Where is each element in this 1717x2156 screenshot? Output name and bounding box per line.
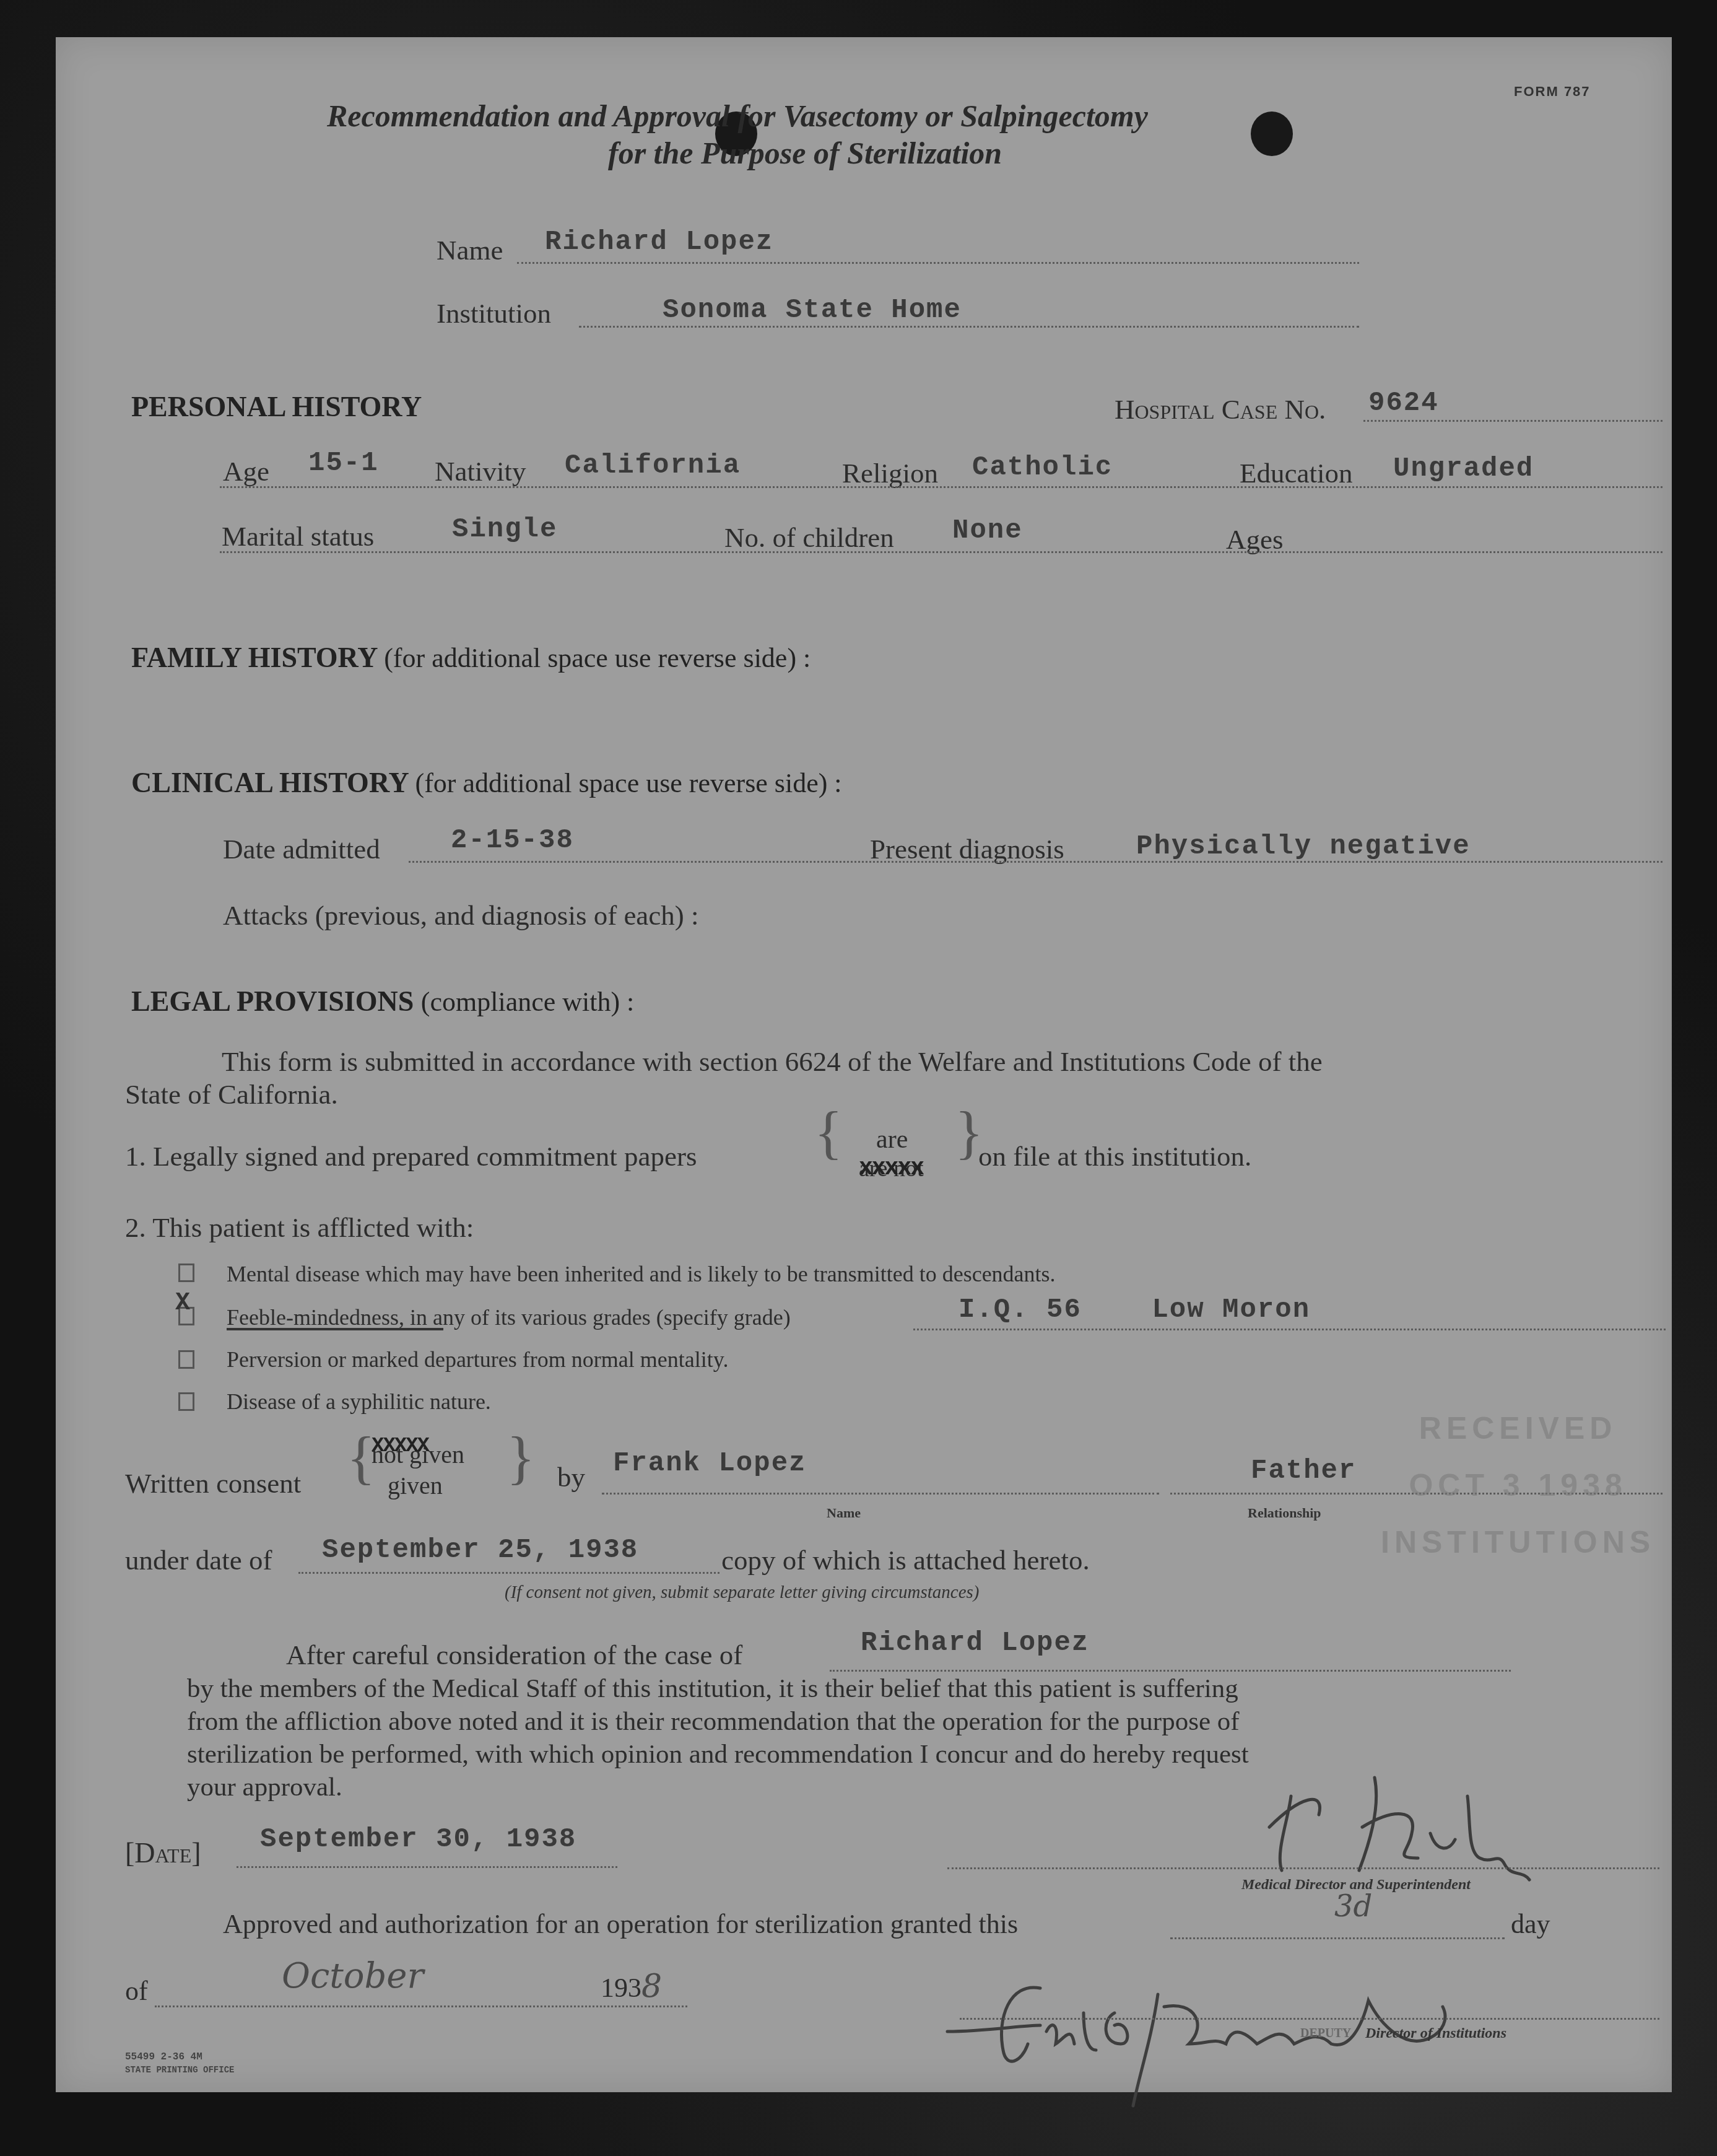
form-title-line2: for the Purpose of Sterilization: [608, 135, 1002, 171]
present-diagnosis-value: Physically negative: [1136, 831, 1471, 862]
approval-text: Approved and authorization for an operat…: [223, 1908, 1018, 1941]
approval-year: 1938: [601, 1970, 662, 2005]
form-title-line1: Recommendation and Approval for Vasectom…: [327, 98, 1148, 134]
age-value: 15-1: [308, 448, 379, 479]
consent-name-caption: Name: [827, 1505, 861, 1521]
religion-label: Religion: [842, 457, 938, 489]
condition-grade-value: I.Q. 56 Low Moron: [958, 1294, 1310, 1325]
consent-by-value: Frank Lopez: [613, 1448, 806, 1479]
approval-day-value: 3d: [1334, 1889, 1372, 1924]
consent-name-line: [602, 1493, 1159, 1495]
grade-field-line: [913, 1329, 1666, 1330]
institution-value: Sonoma State Home: [663, 295, 962, 326]
consent-option-not-given: not given XXXXX: [372, 1438, 464, 1472]
condition-check-mark: X: [175, 1290, 190, 1317]
marital-status-value: Single: [452, 514, 557, 545]
deputy-mark: DEPUTY: [1300, 2027, 1351, 2041]
condition-label-perversion: Perversion or marked departures from nor…: [227, 1343, 728, 1376]
stamp-line2: OCT 3 1938: [1381, 1457, 1655, 1514]
stamp-line3: INSTITUTIONS: [1381, 1514, 1655, 1571]
consent-right-brace: }: [506, 1428, 535, 1487]
personal-row2-line: [220, 551, 1663, 553]
education-label: Education: [1240, 457, 1352, 489]
institutions-director-line: [960, 2018, 1659, 2020]
clinical-history-heading: CLINICAL HISTORY (for additional space u…: [131, 766, 842, 799]
name-label: Name: [437, 234, 503, 266]
received-stamp: RECEIVED OCT 3 1938 INSTITUTIONS: [1381, 1400, 1655, 1571]
written-consent-label: Written consent: [125, 1467, 301, 1500]
nativity-label: Nativity: [435, 455, 526, 487]
under-date-value: September 25, 1938: [322, 1535, 638, 1566]
clinical-history-note: (for additional space use reverse side) …: [415, 768, 842, 798]
consent-strikeout: XXXXX: [372, 1429, 428, 1463]
consent-footnote: (If consent not given, submit separate l…: [505, 1582, 979, 1603]
item1-strikeout: xxxxx: [859, 1152, 923, 1185]
hospital-case-line: [1363, 420, 1663, 422]
clinical-row-line: [409, 861, 1663, 863]
legal-item2-heading: 2. This patient is afflicted with:: [125, 1211, 474, 1244]
legal-provisions-heading: LEGAL PROVISIONS (compliance with) :: [131, 985, 634, 1018]
punch-hole: [1251, 111, 1293, 156]
consent-attached-text: copy of which is attached hereto.: [721, 1543, 1090, 1577]
age-label: Age: [223, 455, 269, 487]
family-history-heading: FAMILY HISTORY (for additional space use…: [131, 641, 811, 674]
condition-label-syphilitic: Disease of a syphilitic nature.: [227, 1385, 491, 1418]
recommendation-line5: your approval.: [187, 1771, 342, 1804]
legal-item1-prefix: 1. Legally signed and prepared commitmen…: [125, 1140, 697, 1173]
institution-label: Institution: [437, 297, 551, 330]
date-line: [237, 1866, 617, 1868]
footer-code-line2: STATE PRINTING OFFICE: [125, 2066, 234, 2075]
consent-relationship-value: Father: [1251, 1456, 1356, 1486]
stamp-line1: RECEIVED: [1381, 1400, 1655, 1457]
item1-option-are: are: [876, 1123, 908, 1156]
legal-intro-line2: State of California.: [125, 1078, 338, 1111]
legal-provisions-note: (compliance with) :: [421, 987, 635, 1017]
condition-label-mental-disease: Mental disease which may have been inher…: [227, 1257, 1056, 1291]
approval-year-prefix: 193: [601, 1973, 641, 2003]
legal-item1-suffix: on file at this institution.: [978, 1140, 1251, 1173]
footer-code-line1: 55499 2-36 4M: [125, 2051, 202, 2062]
date-admitted-value: 2-15-38: [451, 825, 574, 856]
recommendation-line2: by the members of the Medical Staff of t…: [187, 1672, 1238, 1706]
approval-day-line: [1170, 1937, 1505, 1939]
recommendation-name-line: [830, 1670, 1511, 1672]
under-date-line: [298, 1572, 719, 1574]
children-label: No. of children: [724, 522, 894, 554]
children-value: None: [952, 515, 1023, 546]
consent-by-label: by: [557, 1460, 585, 1494]
recommendation-line4: sterilization be performed, with which o…: [187, 1738, 1249, 1771]
family-history-note: (for additional space use reverse side) …: [384, 643, 811, 673]
condition-checkbox-syphilitic[interactable]: [178, 1392, 194, 1411]
attacks-label: Attacks (previous, and diagnosis of each…: [223, 899, 699, 932]
approval-month-line: [155, 2005, 687, 2007]
approval-year-suffix: 8: [641, 1968, 662, 2005]
institutions-director-signature: [935, 1963, 1647, 2087]
name-value: Richard Lopez: [545, 227, 773, 258]
institutions-director-caption: Director of Institutions: [1365, 2025, 1506, 2042]
personal-row1-line: [220, 486, 1663, 488]
name-field-line: [517, 262, 1359, 264]
recommendation-case-name: Richard Lopez: [861, 1628, 1089, 1659]
date-admitted-label: Date admitted: [223, 833, 380, 865]
director-signature-line: [947, 1867, 1659, 1869]
clinical-history-title: CLINICAL HISTORY: [131, 767, 408, 798]
item1-left-brace: {: [814, 1102, 843, 1162]
religion-value: Catholic: [972, 452, 1113, 483]
consent-relationship-caption: Relationship: [1248, 1505, 1321, 1521]
date-value: September 30, 1938: [260, 1824, 576, 1855]
approval-of-label: of: [125, 1975, 148, 2008]
consent-option-given: given: [388, 1469, 443, 1503]
under-date-label: under date of: [125, 1543, 272, 1577]
form-number: FORM 787: [1514, 84, 1591, 100]
recommendation-lead: After careful consideration of the case …: [286, 1638, 742, 1672]
document-page: FORM 787 Recommendation and Approval for…: [56, 37, 1672, 2092]
item1-option-are-not: are not xxxxx: [859, 1152, 923, 1185]
marital-status-label: Marital status: [222, 520, 374, 552]
education-value: Ungraded: [1393, 453, 1534, 484]
legal-provisions-title: LEGAL PROVISIONS: [131, 985, 414, 1017]
approval-day-label: day: [1511, 1908, 1550, 1941]
family-history-title: FAMILY HISTORY: [131, 642, 377, 673]
hospital-case-value: 9624: [1368, 388, 1439, 419]
condition-checkbox-mental-disease[interactable]: [178, 1263, 194, 1282]
condition-checkbox-perversion[interactable]: [178, 1350, 194, 1369]
institution-field-line: [579, 326, 1359, 328]
personal-history-heading: PERSONAL HISTORY: [131, 390, 422, 423]
nativity-value: California: [565, 450, 741, 481]
date-label: [Date]: [125, 1836, 201, 1870]
recommendation-line3: from the affliction above noted and it i…: [187, 1705, 1240, 1739]
legal-intro-line1: This form is submitted in accordance wit…: [222, 1045, 1323, 1078]
approval-month-value: October: [282, 1956, 424, 1996]
feeble-underline: [227, 1328, 443, 1330]
hospital-case-label: Hospital Case No.: [1115, 393, 1326, 426]
